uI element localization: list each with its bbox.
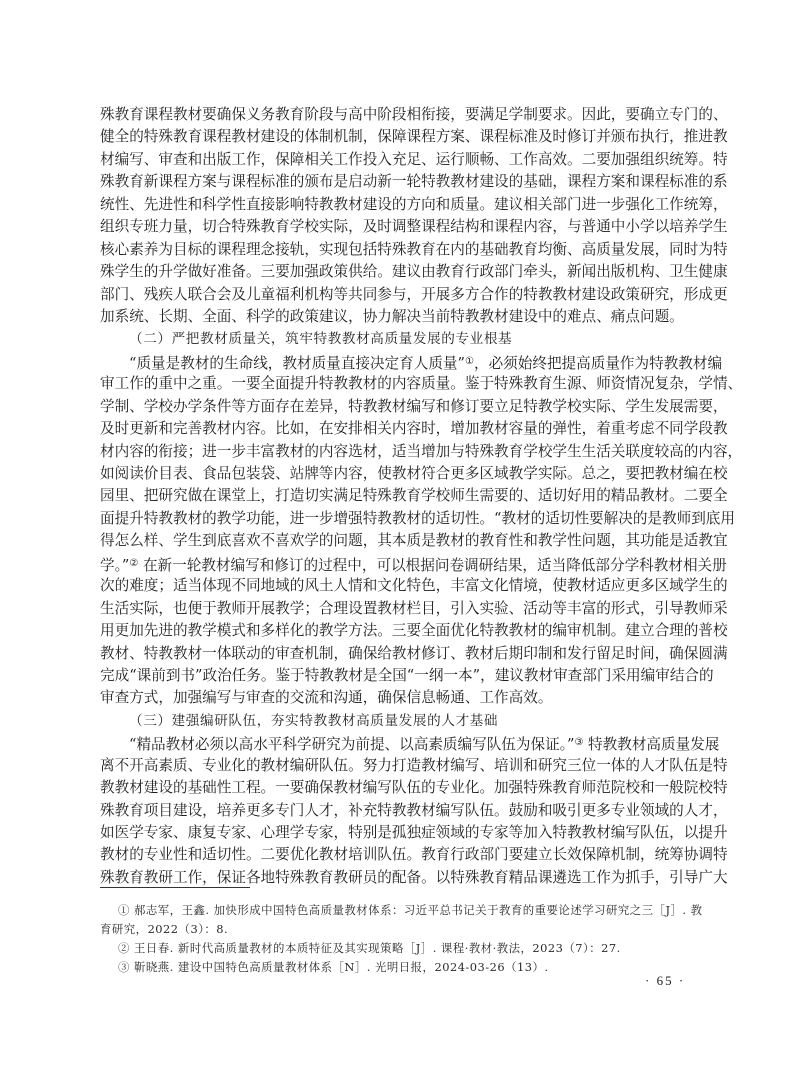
paragraph-continuation: 殊教育课程教材要确保义务教育阶段与高中阶段相衔接，要满足学制要求。因此，要确立专…	[100, 104, 704, 328]
text-line: 得怎么样、学生到底喜欢不喜欢学的问题，其本质是教材的教育性和教学性问题，其功能是…	[100, 530, 704, 552]
text-line: 殊教育课程教材要确保义务教育阶段与高中阶段相衔接，要满足学制要求。因此，要确立专…	[100, 104, 704, 126]
footnote-separator	[100, 887, 250, 888]
footnote-1-continued: 育研究，2022（3）：8.	[100, 920, 704, 939]
text-line: 及时更新和完善教材内容。比如，在安排相关内容时，增加教材容量的弹性，着重考虑不同…	[100, 418, 704, 440]
text-span: ，必须始终把提高质量作为特教教材编	[474, 355, 722, 372]
text-line: 完成“课前到书”政治任务。鉴于特教教材是全国“一纲一本”，建议教材审查部门采用编…	[100, 665, 704, 687]
text-line: 殊教育项目建设，培养更多专门人才，补充特教教材编写队伍。鼓励和吸引更多专业领域的…	[100, 800, 704, 822]
quote-text: “质量是教材的生命线，教材质量直接决定育人质量”	[129, 355, 465, 372]
footnote-1: ① 郝志军，王鑫. 加快形成中国特色高质量教材体系：习近平总书记关于教育的重要论…	[100, 901, 704, 920]
text-line: 用更加先进的教学模式和多样化的教学方法。三要全面优化特教教材的编审机制。建立合理…	[100, 620, 704, 642]
text-line: 加系统、长期、全面、科学的政策建议，协力解决当前特教教材建设中的难点、痛点问题。	[100, 306, 704, 328]
text-line: 核心素养为目标的课程理念接轨，实现包括特殊教育在内的基础教育均衡、高质量发展，同…	[100, 239, 704, 261]
text-span: 在新一轮教材编写和修订的过程中，可以根据问卷调研结果，适当降低部分学科教材相关册	[138, 557, 726, 574]
text-line: 如医学专家、康复专家、心理学专家，特别是孤独症领域的专家等加入特教教材编写队伍，…	[100, 822, 704, 844]
quote-text: “精品教材必须以高水平科学研究为前提、以高素质编写队伍为保证。”	[129, 736, 574, 753]
text-line: 教材的专业性和适切性。二要优化教材培训队伍。教育行政部门要建立长效保障机制，统筹…	[100, 844, 704, 866]
section-heading-2: （二）严把教材质量关，筑牢特教教材高质量发展的专业根基	[100, 328, 704, 350]
text-line: “精品教材必须以高水平科学研究为前提、以高素质编写队伍为保证。”③ 特教教材高质…	[100, 732, 704, 754]
text-line: 如阅读价目表、食品包装袋、站牌等内容，使教材符合更多区域教学实际。总之，要把教材…	[100, 463, 704, 485]
text-line: 离不开高素质、专业化的教材编研队伍。努力打造教材编写、培训和研究三位一体的人才队…	[100, 755, 704, 777]
text-line: 审查方式，加强编写与审查的交流和沟通，确保信息畅通、工作高效。	[100, 687, 704, 709]
paragraph-section-3: “精品教材必须以高水平科学研究为前提、以高素质编写队伍为保证。”③ 特教教材高质…	[100, 732, 704, 889]
text-line: 材编写、审查和出版工作，保障相关工作投入充足、运行顺畅、工作高效。二要加强组织统…	[100, 149, 704, 171]
text-line: 殊学生的升学做好准备。三要加强政策供给。建议由教育行政部门牵头，新闻出版机构、卫…	[100, 261, 704, 283]
page-number: · 65 ·	[645, 973, 685, 989]
text-line: 审工作的重中之重。一要全面提升特教教材的内容质量。鉴于特殊教育生源、师资情况复杂…	[100, 373, 704, 395]
text-line: 部门、残疾人联合会及儿童福利机构等共同参与，开展多方合作的特教教材建设政策研究，…	[100, 284, 704, 306]
section-heading-3: （三）建强编研队伍，夯实特教教材高质量发展的人才基础	[100, 710, 704, 732]
text-line: 殊教育新课程方案与课程标准的颁布是启动新一轮特教教材建设的基础，课程方案和课程标…	[100, 171, 704, 193]
text-line: 学制、学校办学条件等方面存在差异，特教教材编写和修订要立足特教学校实际、学生发展…	[100, 396, 704, 418]
footnotes: ① 郝志军，王鑫. 加快形成中国特色高质量教材体系：习近平总书记关于教育的重要论…	[100, 901, 704, 977]
text-line: 生活实际，也便于教师开展教学；合理设置教材栏目，引入实验、活动等丰富的形式，引导…	[100, 598, 704, 620]
footnote-ref-2[interactable]: ②	[129, 558, 138, 569]
text-line: 教教材建设的基础性工程。一要确保教材编写队伍的专业化。加强特殊教育师范院校和一般…	[100, 777, 704, 799]
text-line: 材内容的衔接；进一步丰富教材的内容选材，适当增加与特殊教育学校学生生活关联度较高…	[100, 441, 704, 463]
text-line: 殊教育教研工作，保证各地特殊教育教研员的配备。以特殊教育精品课遴选工作为抓手，引…	[100, 867, 704, 889]
text-line: 健全的特殊教育课程教材建设的体制机制，保障课程方案、课程标准及时修订并颁布执行，…	[100, 126, 704, 148]
footnote-ref-1[interactable]: ①	[465, 356, 474, 367]
text-line: 组织专班力量，切合特殊教育学校实际，及时调整课程结构和课程内容，与普通中小学以培…	[100, 216, 704, 238]
document-page: 殊教育课程教材要确保义务教育阶段与高中阶段相衔接，要满足学制要求。因此，要确立专…	[0, 0, 800, 1078]
footnote-3: ③ 靳晓燕. 建设中国特色高质量教材体系［N］. 光明日报，2024-03-26…	[100, 958, 704, 977]
text-line: 学。”② 在新一轮教材编写和修订的过程中，可以根据问卷调研结果，适当降低部分学科…	[100, 553, 704, 575]
text-line: 教材、特教教材一体联动的审查机制，确保给教材修订、教材后期印制和发行留足时间，确…	[100, 643, 704, 665]
text-line: “质量是教材的生命线，教材质量直接决定育人质量”①，必须始终把提高质量作为特教教…	[100, 351, 704, 373]
text-line: 园里、把研究做在课堂上，打造切实满足特殊教育学校师生需要的、适切好用的精品教材。…	[100, 485, 704, 507]
footnote-2: ② 王日春. 新时代高质量教材的本质特征及其实现策略［J］. 课程·教材·教法，…	[100, 939, 704, 958]
text-line: 面提升特教教材的教学功能，进一步增强特教教材的适切性。“教材的适切性要解决的是教…	[100, 508, 704, 530]
quote-text: 学。”	[100, 557, 129, 574]
text-span: 特教教材高质量发展	[583, 736, 719, 753]
body-text: 殊教育课程教材要确保义务教育阶段与高中阶段相衔接，要满足学制要求。因此，要确立专…	[100, 104, 704, 889]
paragraph-section-2: “质量是教材的生命线，教材质量直接决定育人质量”①，必须始终把提高质量作为特教教…	[100, 351, 704, 710]
text-line: 统性、先进性和科学性直接影响特教教材建设的方向和质量。建议相关部门进一步强化工作…	[100, 194, 704, 216]
text-line: 次的难度；适当体现不同地域的风土人情和文化特色，丰富文化情境，使教材适应更多区域…	[100, 575, 704, 597]
